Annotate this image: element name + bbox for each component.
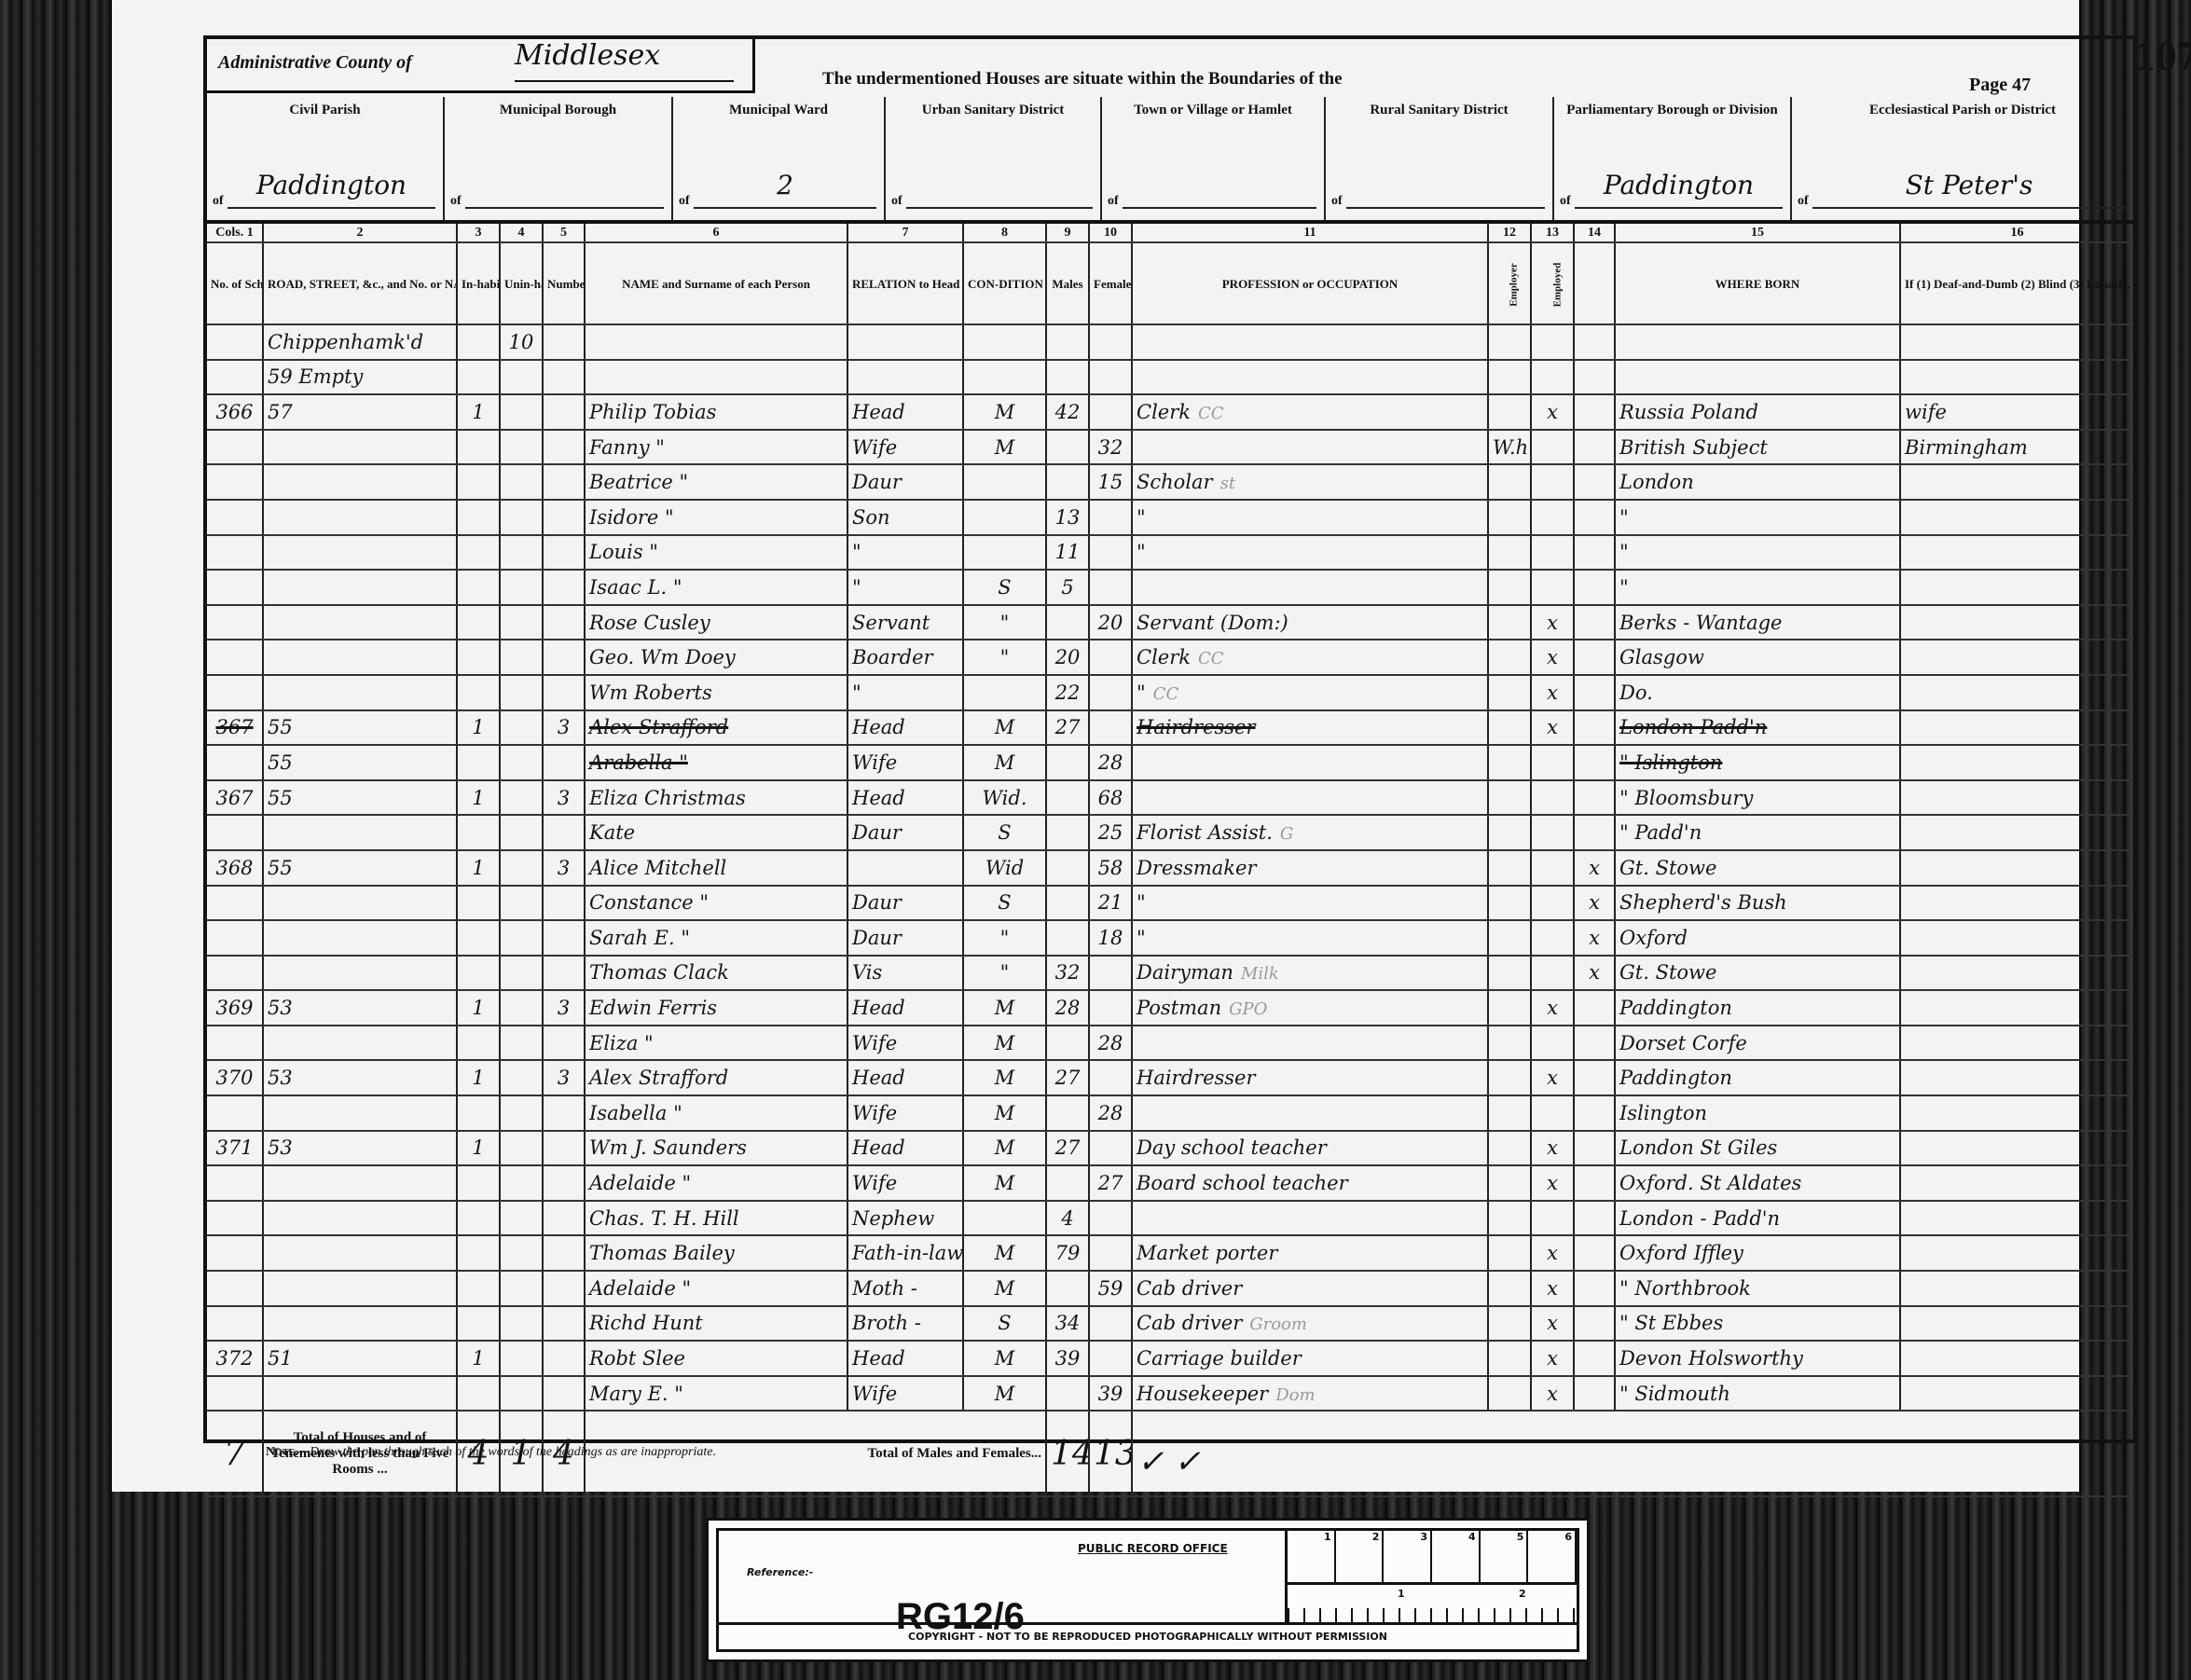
record-office-label: PUBLIC RECORD OFFICE [1078,1542,1228,1555]
rooms-count [543,1235,585,1271]
occupation: " [1132,535,1488,571]
occupation: ClerkCC [1132,640,1488,675]
birthplace: Devon Holsworthy [1615,1341,1900,1376]
road-address: Chippenhamk'd [263,324,457,360]
employer-mark [1488,535,1531,571]
employed-mark [1531,780,1574,816]
age-male [1046,1026,1089,1061]
age-male: 42 [1046,394,1089,430]
schedule-number [207,886,263,921]
rooms-count [543,394,585,430]
marital-condition: M [963,1376,1046,1411]
table-row: Isaac L. ""S5" [207,570,2133,605]
uninhabited-count [500,1201,543,1236]
inhabited-count [457,605,500,640]
rooms-count [543,1026,585,1061]
birthplace [1615,360,1900,395]
neither-mark [1574,1235,1615,1271]
employer-mark [1488,1131,1531,1166]
age-female [1089,324,1132,360]
age-male: 79 [1046,1235,1089,1271]
table-row: Beatrice "Daur15ScholarstLondon [207,464,2133,500]
age-male [1046,1376,1089,1411]
inhabited-count [457,464,500,500]
uninhabited-count [500,956,543,991]
birthplace: " [1615,570,1900,605]
relation: Daur [847,464,963,500]
occupation: Hairdresser [1132,710,1488,746]
person-name: Fanny " [585,430,847,465]
person-name: Philip Tobias [585,394,847,430]
pencil-annotation: Milk [1241,964,1279,984]
employer-mark [1488,570,1531,605]
table-row: Isidore "Son13"" [207,500,2133,535]
pencil-annotation: G [1280,824,1293,844]
employer-mark [1488,745,1531,780]
road-address [263,1095,457,1131]
column-header-row: No. of Schedule ROAD, STREET, &c., and N… [207,242,2133,324]
employer-mark [1488,1060,1531,1095]
age-female: 59 [1089,1271,1132,1306]
rooms-count [543,430,585,465]
employed-mark [1531,324,1574,360]
header-schedule: No. of Schedule [207,242,263,324]
employed-mark [1531,1095,1574,1131]
occupation: Dressmaker [1132,850,1488,886]
schedule-number [207,675,263,710]
neither-mark [1574,745,1615,780]
table-row: Sarah E. "Daur"18"xOxford [207,920,2133,956]
neither-mark [1574,1165,1615,1201]
schedule-number [207,1201,263,1236]
road-address [263,956,457,991]
age-female: 28 [1089,745,1132,780]
neither-mark [1574,990,1615,1026]
schedule-number: 369 [207,990,263,1026]
employer-mark [1488,850,1531,886]
birthplace: Glasgow [1615,640,1900,675]
occupation [1132,1095,1488,1131]
employer-mark [1488,1235,1531,1271]
employed-mark: x [1531,1376,1574,1411]
occupation: Hairdresser [1132,1060,1488,1095]
measurement-scale: 1 2 3 4 5 6 1 2 [1285,1531,1577,1625]
marital-condition: M [963,1271,1046,1306]
table-row: Rose CusleyServant"20Servant (Dom:)xBerk… [207,605,2133,640]
marital-condition [963,464,1046,500]
table-row: Eliza "WifeM28Dorset Corfe [207,1026,2133,1061]
neither-mark: x [1574,956,1615,991]
employer-mark [1488,1271,1531,1306]
person-name: Isaac L. " [585,570,847,605]
district-municipal-borough: Municipal Borough of [445,97,673,220]
age-male [1046,605,1089,640]
neither-mark [1574,1201,1615,1236]
marital-condition: M [963,1341,1046,1376]
marital-condition: " [963,956,1046,991]
road-address [263,570,457,605]
occupation [1132,570,1488,605]
marital-condition: S [963,886,1046,921]
road-address [263,1306,457,1342]
header-road: ROAD, STREET, &c., and No. or NAME of HO… [263,242,457,324]
employed-mark: x [1531,675,1574,710]
birthplace: Berks - Wantage [1615,605,1900,640]
infirmity: Birmingham [1900,430,2133,465]
table-row: Fanny "WifeM32W.h.r.British SubjectBirmi… [207,430,2133,465]
road-address: 53 [263,990,457,1026]
table-row: Mary E. "WifeM39HousekeeperDomx" Sidmout… [207,1376,2133,1411]
table-row: Richd HuntBroth -S34Cab driverGroomx" St… [207,1306,2133,1342]
district-value: Paddington [227,170,435,209]
employer-mark: W.h.r. [1488,430,1531,465]
relation: Servant [847,605,963,640]
person-name: Kate [585,815,847,850]
age-female: 68 [1089,780,1132,816]
infirmity [1900,675,2133,710]
road-address: 53 [263,1060,457,1095]
infirmity [1900,886,2133,921]
employed-mark [1531,1026,1574,1061]
person-name: Sarah E. " [585,920,847,956]
inhabited-count: 1 [457,1341,500,1376]
schedule-number [207,1026,263,1061]
marital-condition: M [963,1235,1046,1271]
person-name: Alex Strafford [585,1060,847,1095]
header-name: NAME and Surname of each Person [585,242,847,324]
neither-mark [1574,1131,1615,1166]
header-neither: Neither Employer nor Employed [1574,242,1615,324]
neither-mark [1574,1341,1615,1376]
road-address: 53 [263,1131,457,1166]
age-female: 20 [1089,605,1132,640]
schedule-number [207,956,263,991]
marital-condition [963,1201,1046,1236]
road-address [263,605,457,640]
schedule-number: 372 [207,1341,263,1376]
road-address: 55 [263,710,457,746]
age-male [1046,1165,1089,1201]
county-label: Administrative County of [218,52,412,74]
uninhabited-count [500,815,543,850]
marital-condition [963,500,1046,535]
age-male [1046,464,1089,500]
age-male: 22 [1046,675,1089,710]
occupation: Market porter [1132,1235,1488,1271]
birthplace: " Padd'n [1615,815,1900,850]
infirmity [1900,1060,2133,1095]
age-female: 18 [1089,920,1132,956]
age-male [1046,324,1089,360]
age-male [1046,850,1089,886]
inhabited-count [457,675,500,710]
age-female: 27 [1089,1165,1132,1201]
birthplace [1615,324,1900,360]
employer-mark [1488,1306,1531,1342]
marital-condition: M [963,1026,1046,1061]
infirmity [1900,1201,2133,1236]
employed-mark [1531,815,1574,850]
pencil-annotation: CC [1153,684,1179,704]
employer-mark [1488,500,1531,535]
person-name: Alex Strafford [585,710,847,746]
person-name: Beatrice " [585,464,847,500]
employed-mark: x [1531,1131,1574,1166]
schedule-number [207,570,263,605]
schedule-number [207,464,263,500]
person-name: Robt Slee [585,1341,847,1376]
road-address [263,1026,457,1061]
infirmity [1900,605,2133,640]
occupation: DairymanMilk [1132,956,1488,991]
district-ecclesiastical: Ecclesiastical Parish or District of St … [1792,97,2133,220]
census-page: 107 Administrative County of Middlesex T… [112,0,2079,1492]
birthplace: Gt. Stowe [1615,850,1900,886]
age-female [1089,1235,1132,1271]
employer-mark [1488,780,1531,816]
age-female [1089,1341,1132,1376]
person-name: Eliza " [585,1026,847,1061]
birthplace: Islington [1615,1095,1900,1131]
uninhabited-count [500,535,543,571]
header-rooms: Number of rooms occupied if less than fi… [543,242,585,324]
infirmity [1900,1026,2133,1061]
uninhabited-count [500,850,543,886]
road-address [263,1271,457,1306]
age-female: 28 [1089,1026,1132,1061]
employed-mark: x [1531,1235,1574,1271]
total-schedules: 7 [207,1411,263,1496]
employer-mark [1488,1201,1531,1236]
employer-mark [1488,605,1531,640]
infirmity [1900,535,2133,571]
rooms-count: 3 [543,710,585,746]
infirmity [1900,990,2133,1026]
rooms-count [543,570,585,605]
marital-condition: M [963,1095,1046,1131]
table-row: 3675513Alex StraffordHeadM27Hairdresserx… [207,710,2133,746]
person-name: Alice Mitchell [585,850,847,886]
person-name: Edwin Ferris [585,990,847,1026]
occupation: Board school teacher [1132,1165,1488,1201]
rooms-count [543,1165,585,1201]
road-address [263,500,457,535]
occupation: "CC [1132,675,1488,710]
inhabited-count: 1 [457,850,500,886]
header-age-females: Females [1089,242,1132,324]
birthplace: Paddington [1615,990,1900,1026]
table-row: Louis ""11"" [207,535,2133,571]
header-inhabited: In-habit-ed [457,242,500,324]
schedule-number [207,1235,263,1271]
rooms-count [543,605,585,640]
employer-mark [1488,956,1531,991]
neither-mark [1574,605,1615,640]
relation: Moth - [847,1271,963,1306]
inhabited-count [457,745,500,780]
age-female [1089,710,1132,746]
inhabited-count: 1 [457,990,500,1026]
pencil-annotation: st [1220,474,1235,493]
infirmity [1900,956,2133,991]
rooms-count [543,745,585,780]
relation: Wife [847,1095,963,1131]
person-name: Geo. Wm Doey [585,640,847,675]
rooms-count [543,360,585,395]
rooms-count [543,535,585,571]
neither-mark [1574,815,1615,850]
relation: Head [847,990,963,1026]
occupation: Carriage builder [1132,1341,1488,1376]
district-value [1346,170,1545,209]
marital-condition: Wid [963,850,1046,886]
page-number: Page 47 [1969,75,2031,96]
relation: " [847,535,963,571]
rooms-count [543,1095,585,1131]
schedule-number [207,815,263,850]
employer-mark [1488,990,1531,1026]
employer-mark [1488,1341,1531,1376]
inch-scale: 1 2 [1288,1582,1577,1625]
occupation: HousekeeperDom [1132,1376,1488,1411]
age-male [1046,886,1089,921]
uninhabited-count: 10 [500,324,543,360]
occupation: Cab driver [1132,1271,1488,1306]
marital-condition: S [963,815,1046,850]
employed-mark [1531,570,1574,605]
age-male: 11 [1046,535,1089,571]
marital-condition [963,675,1046,710]
schedule-number [207,500,263,535]
uninhabited-count [500,430,543,465]
schedule-number [207,430,263,465]
district-value: Paddington [1575,170,1783,209]
rooms-count [543,1376,585,1411]
schedule-number [207,920,263,956]
employer-mark [1488,1026,1531,1061]
uninhabited-count [500,745,543,780]
uninhabited-count [500,605,543,640]
age-female [1089,570,1132,605]
age-female: 25 [1089,815,1132,850]
age-female [1089,1131,1132,1166]
county-value: Middlesex [515,39,734,82]
inhabited-count [457,1095,500,1131]
uninhabited-count [500,1376,543,1411]
birthplace: " Northbrook [1615,1271,1900,1306]
form-title: The undermentioned Houses are situate wi… [822,69,1343,90]
table-row: 3705313Alex StraffordHeadM27Hairdresserx… [207,1060,2133,1095]
header-uninhabited: Unin-habited (U.), or Building (B.) [500,242,543,324]
relation: Head [847,1341,963,1376]
road-address: 55 [263,745,457,780]
occupation: Scholarst [1132,464,1488,500]
person-name [585,360,847,395]
table-row: KateDaurS25Florist Assist.G" Padd'n [207,815,2133,850]
age-female: 28 [1089,1095,1132,1131]
relation: Head [847,1131,963,1166]
district-urban-sanitary: Urban Sanitary District of [886,97,1102,220]
district-row: Civil Parish of Paddington Municipal Bor… [207,97,2133,224]
reference-label: Reference:- [747,1566,813,1578]
employed-mark [1531,886,1574,921]
employer-mark [1488,710,1531,746]
check-marks: ✓ ✓ [1137,1443,1201,1480]
age-female [1089,360,1132,395]
copyright-notice: COPYRIGHT - NOT TO BE REPRODUCED PHOTOGR… [719,1622,1577,1649]
relation: Vis [847,956,963,991]
table-row: 371531Wm J. SaundersHeadM27Day school te… [207,1131,2133,1166]
inhabited-count [457,886,500,921]
employer-mark [1488,464,1531,500]
person-name: Eliza Christmas [585,780,847,816]
relation: Daur [847,920,963,956]
uninhabited-count [500,990,543,1026]
infirmity [1900,780,2133,816]
neither-mark [1574,710,1615,746]
marital-condition: M [963,430,1046,465]
employed-mark: x [1531,710,1574,746]
schedule-number: 366 [207,394,263,430]
table-row: Constance "DaurS21"xShepherd's Bush [207,886,2133,921]
schedule-number [207,1095,263,1131]
inhabited-count [457,1235,500,1271]
inhabited-count: 1 [457,780,500,816]
occupation [1132,1201,1488,1236]
infirmity [1900,1376,2133,1411]
table-row: 3675513Eliza ChristmasHeadWid.68" Blooms… [207,780,2133,816]
district-value: 2 [694,170,876,209]
road-address [263,1235,457,1271]
relation [847,850,963,886]
uninhabited-count [500,640,543,675]
header-employed: Employed [1531,242,1574,324]
table-row: 59 Empty [207,360,2133,395]
infirmity [1900,1271,2133,1306]
age-female: 21 [1089,886,1132,921]
uninhabited-count [500,1165,543,1201]
rooms-count [543,956,585,991]
employed-mark [1531,1201,1574,1236]
infirmity: wife [1900,394,2133,430]
relation: Wife [847,745,963,780]
uninhabited-count [500,1235,543,1271]
occupation [1132,360,1488,395]
age-male [1046,815,1089,850]
district-value [906,170,1093,209]
road-address [263,640,457,675]
inhabited-count [457,1201,500,1236]
census-rows: Chippenhamk'd1059 Empty366571Philip Tobi… [207,324,2133,1411]
inhabited-count [457,324,500,360]
table-row: Isabella "WifeM28Islington [207,1095,2133,1131]
marital-condition: M [963,394,1046,430]
person-name: Richd Hunt [585,1306,847,1342]
road-address [263,1165,457,1201]
infirmity [1900,1131,2133,1166]
uninhabited-count [500,1306,543,1342]
neither-mark [1574,1306,1615,1342]
employer-mark [1488,920,1531,956]
marital-condition: " [963,640,1046,675]
county-box: Administrative County of Middlesex [207,39,755,93]
marital-condition: Wid. [963,780,1046,816]
person-name: Isidore " [585,500,847,535]
folio-number: 107 [2135,35,2191,79]
neither-mark [1574,1376,1615,1411]
marital-condition: " [963,920,1046,956]
age-female [1089,394,1132,430]
